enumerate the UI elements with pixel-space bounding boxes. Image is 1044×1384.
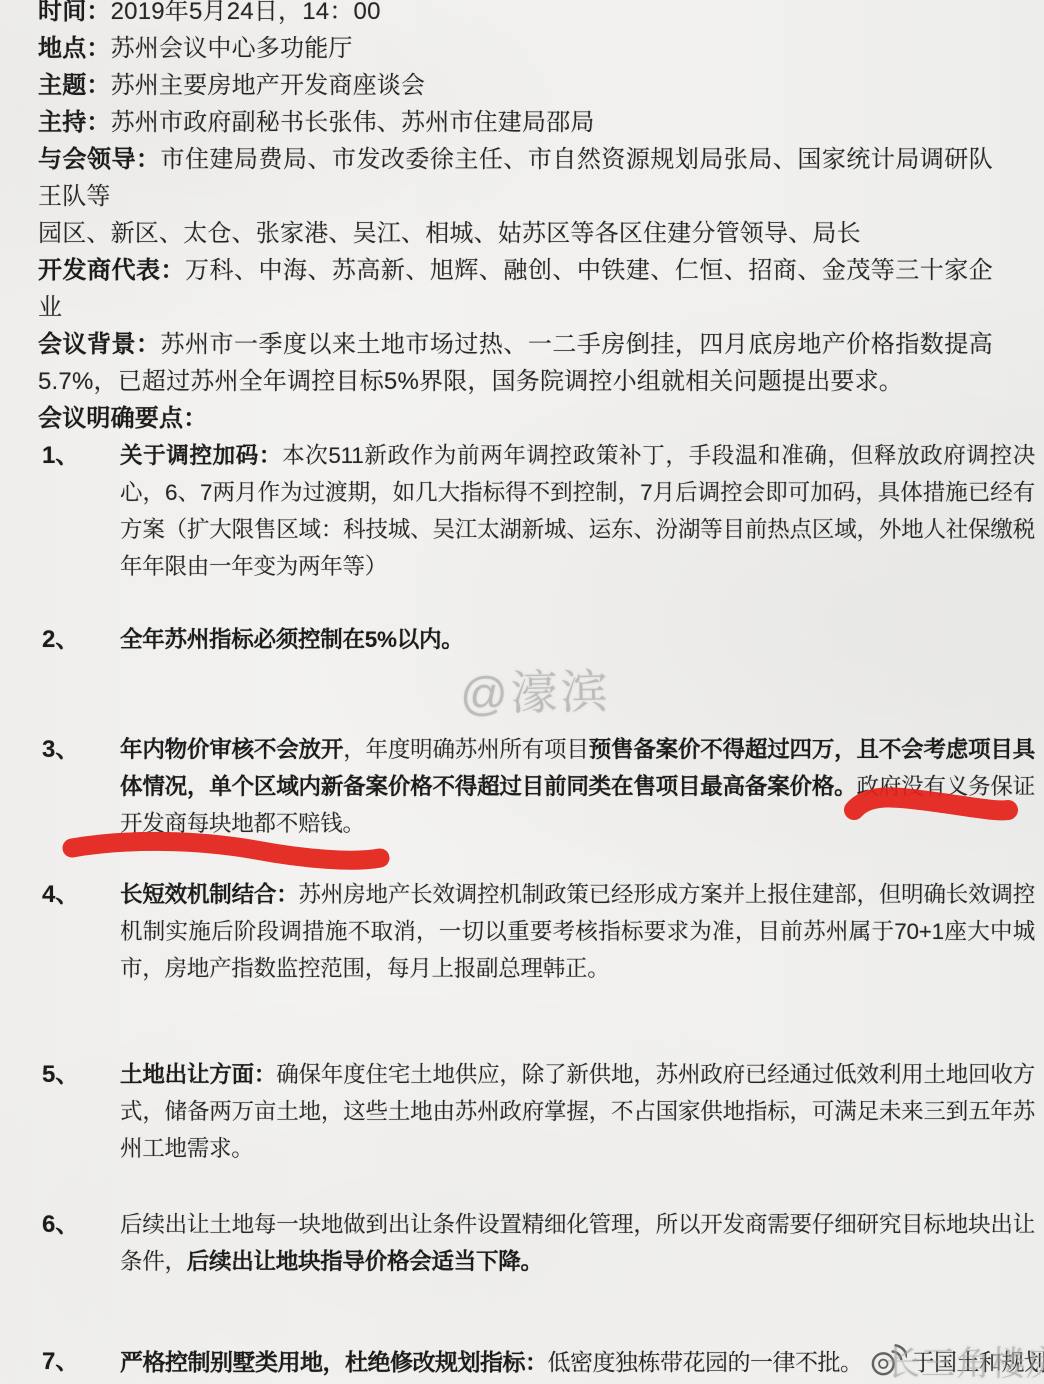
point-3-number: 3、 [42, 731, 79, 768]
meta-value-leaders: 市住建局费局、市发改委徐主任、市自然资源规划局张局、国家统计局调研队王队等 [38, 146, 993, 210]
meta-label-topic: 主题： [38, 72, 111, 99]
point-6-emphasis: 后续出让地块指导价格会适当下降。 [187, 1249, 543, 1274]
point-7: 7、 严格控制别墅类用地，杜绝修改规划指标：低密度独栋带花园的一律不批。于国土和… [38, 1343, 1028, 1381]
point-1-lead: 关于调控加码： [120, 443, 282, 468]
meta-line-keypoints-heading: 会议明确要点： [38, 400, 993, 437]
point-4-number: 4、 [42, 876, 79, 913]
point-2-body: 全年苏州指标必须控制在5%以内。 [120, 627, 464, 652]
meta-line-place: 地点：苏州会议中心多功能厅 [38, 30, 993, 67]
point-6-number: 6、 [42, 1206, 79, 1243]
meeting-minutes: 时间：2019年5月24日，14：00 地点：苏州会议中心多功能厅 主题：苏州主… [38, 0, 1028, 1381]
point-5-number: 5、 [42, 1056, 79, 1093]
point-2: 2、 全年苏州指标必须控制在5%以内。 [38, 621, 1028, 658]
point-1: 1、 关于调控加码：本次511新政作为前两年调控政策补丁，手段温和准确，但释放政… [38, 437, 1028, 585]
meta-line-leaders: 与会领导：市住建局费局、市发改委徐主任、市自然资源规划局张局、国家统计局调研队王… [38, 141, 993, 215]
point-3-text: 年内物价审核不会放开，年度明确苏州所有项目预售备案价不得超过四万，且不会考虑项目… [120, 731, 1035, 842]
point-3-body-a: ，年度明确苏州所有项目 [343, 737, 589, 762]
meta-label-host: 主持： [38, 109, 111, 136]
meta-label-developers: 开发商代表： [38, 257, 185, 284]
meta-line-topic: 主题：苏州主要房地产开发商座谈会 [38, 67, 993, 104]
point-7-text: 严格控制别墅类用地，杜绝修改规划指标：低密度独栋带花园的一律不批。于国土和规划 [120, 1343, 1028, 1381]
weibo-logo-icon [869, 1343, 907, 1377]
meta-label-place: 地点： [38, 35, 111, 62]
meta-value-districts: 园区、新区、太仓、张家港、吴江、相城、姑苏区等各区住建分管领导、局长 [38, 220, 861, 247]
keypoints-heading: 会议明确要点： [38, 405, 207, 432]
document-photo: 时间：2019年5月24日，14：00 地点：苏州会议中心多功能厅 主题：苏州主… [0, 0, 1044, 1384]
meta-line-background: 会议背景：苏州市一季度以来土地市场过热、一二手房倒挂，四月底房地产价格指数提高5… [38, 326, 993, 400]
point-4: 4、 长短效机制结合：苏州房地产长效调控机制政策已经形成方案并上报住建部，但明确… [38, 876, 1028, 987]
point-2-text: 全年苏州指标必须控制在5%以内。 [120, 621, 1035, 658]
meta-value-host: 苏州市政府副秘书长张伟、苏州市住建局邵局 [111, 109, 595, 136]
point-4-lead: 长短效机制结合： [120, 882, 299, 907]
meta-value-topic: 苏州主要房地产开发商座谈会 [111, 72, 426, 99]
meta-value-background: 苏州市一季度以来土地市场过热、一二手房倒挂，四月底房地产价格指数提高5.7%，已… [38, 331, 993, 395]
point-3-lead: 年内物价审核不会放开 [120, 737, 343, 762]
meta-line-districts: 园区、新区、太仓、张家港、吴江、相城、姑苏区等各区住建分管领导、局长 [38, 215, 993, 252]
point-5: 5、 土地出让方面：确保年度住宅土地供应，除了新供地，苏州政府已经通过低效利用土… [38, 1056, 1028, 1167]
meta-line-host: 主持：苏州市政府副秘书长张伟、苏州市住建局邵局 [38, 104, 993, 141]
point-3: 3、 年内物价审核不会放开，年度明确苏州所有项目预售备案价不得超过四万，且不会考… [38, 731, 1028, 842]
point-1-text: 关于调控加码：本次511新政作为前两年调控政策补丁，手段温和准确，但释放政府调控… [120, 437, 1035, 585]
meta-value-time: 2019年5月24日，14：00 [111, 0, 381, 25]
point-5-lead: 土地出让方面： [120, 1062, 276, 1087]
meta-value-place: 苏州会议中心多功能厅 [111, 35, 353, 62]
point-7-lead: 严格控制别墅类用地，杜绝修改规划指标： [120, 1349, 548, 1375]
point-4-text: 长短效机制结合：苏州房地产长效调控机制政策已经形成方案并上报住建部，但明确长效调… [120, 876, 1035, 987]
meta-line-developers: 开发商代表：万科、中海、苏高新、旭辉、融创、中铁建、仁恒、招商、金茂等三十家企业 [38, 252, 993, 326]
point-1-number: 1、 [42, 437, 79, 474]
meta-line-time: 时间：2019年5月24日，14：00 [38, 0, 993, 30]
point-7-body: 低密度独栋带花园的一律不批。 [548, 1349, 863, 1375]
point-6-text: 后续出让土地每一块地做到出让条件设置精细化管理，所以开发商需要仔细研究目标地块出… [120, 1206, 1035, 1280]
point-5-text: 土地出让方面：确保年度住宅土地供应，除了新供地，苏州政府已经通过低效利用土地回收… [120, 1056, 1035, 1167]
meta-label-leaders: 与会领导： [38, 146, 160, 173]
point-2-number: 2、 [42, 621, 79, 658]
meta-label-time: 时间： [38, 0, 111, 25]
point-6: 6、 后续出让土地每一块地做到出让条件设置精细化管理，所以开发商需要仔细研究目标… [38, 1206, 1028, 1280]
point-7-tail: 于国土和规划 [912, 1349, 1044, 1375]
point-7-number: 7、 [42, 1343, 79, 1380]
meta-label-background: 会议背景： [38, 331, 160, 358]
